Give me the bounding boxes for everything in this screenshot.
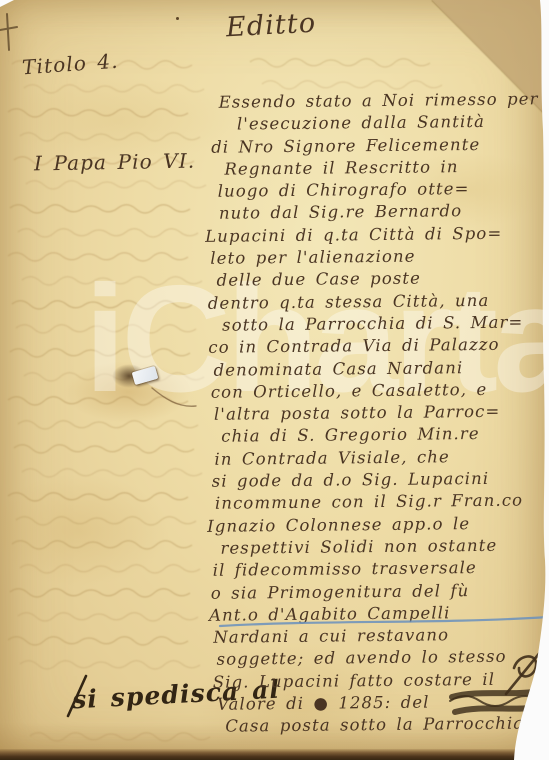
margin-pope-note: I Papa Pio VI. — [34, 149, 196, 176]
body-line: Casa posta sotto la Parrocchia — [225, 713, 549, 739]
body-line: Lupacini di q.ta Città di Spo= — [205, 222, 548, 248]
body-line: co in Contrada Via di Palazzo — [208, 334, 549, 360]
body-line: Essendo stato a Noi rimesso per — [219, 88, 547, 114]
document-heading: Editto — [225, 8, 317, 44]
body-line: soggette; ed avendo lo stesso — [216, 646, 549, 672]
paper-speck — [520, 742, 523, 745]
manuscript-scan: iCharta Editto Titolo 4. I Papa Pio VI. … — [0, 0, 549, 760]
body-line: sotto la Parrocchia di S. Mar= — [222, 311, 549, 337]
body-line: l'altra posta sotto la Parroc= — [214, 400, 549, 426]
scan-bottom-band — [0, 749, 549, 760]
body-line: l'esecuzione dalla Santità — [237, 111, 547, 137]
body-text: Essendo stato a Noi rimesso per l'esecuz… — [211, 88, 549, 738]
body-line: incommune con il Sig.r Fran.co — [215, 490, 549, 516]
paper-speck — [176, 17, 179, 20]
